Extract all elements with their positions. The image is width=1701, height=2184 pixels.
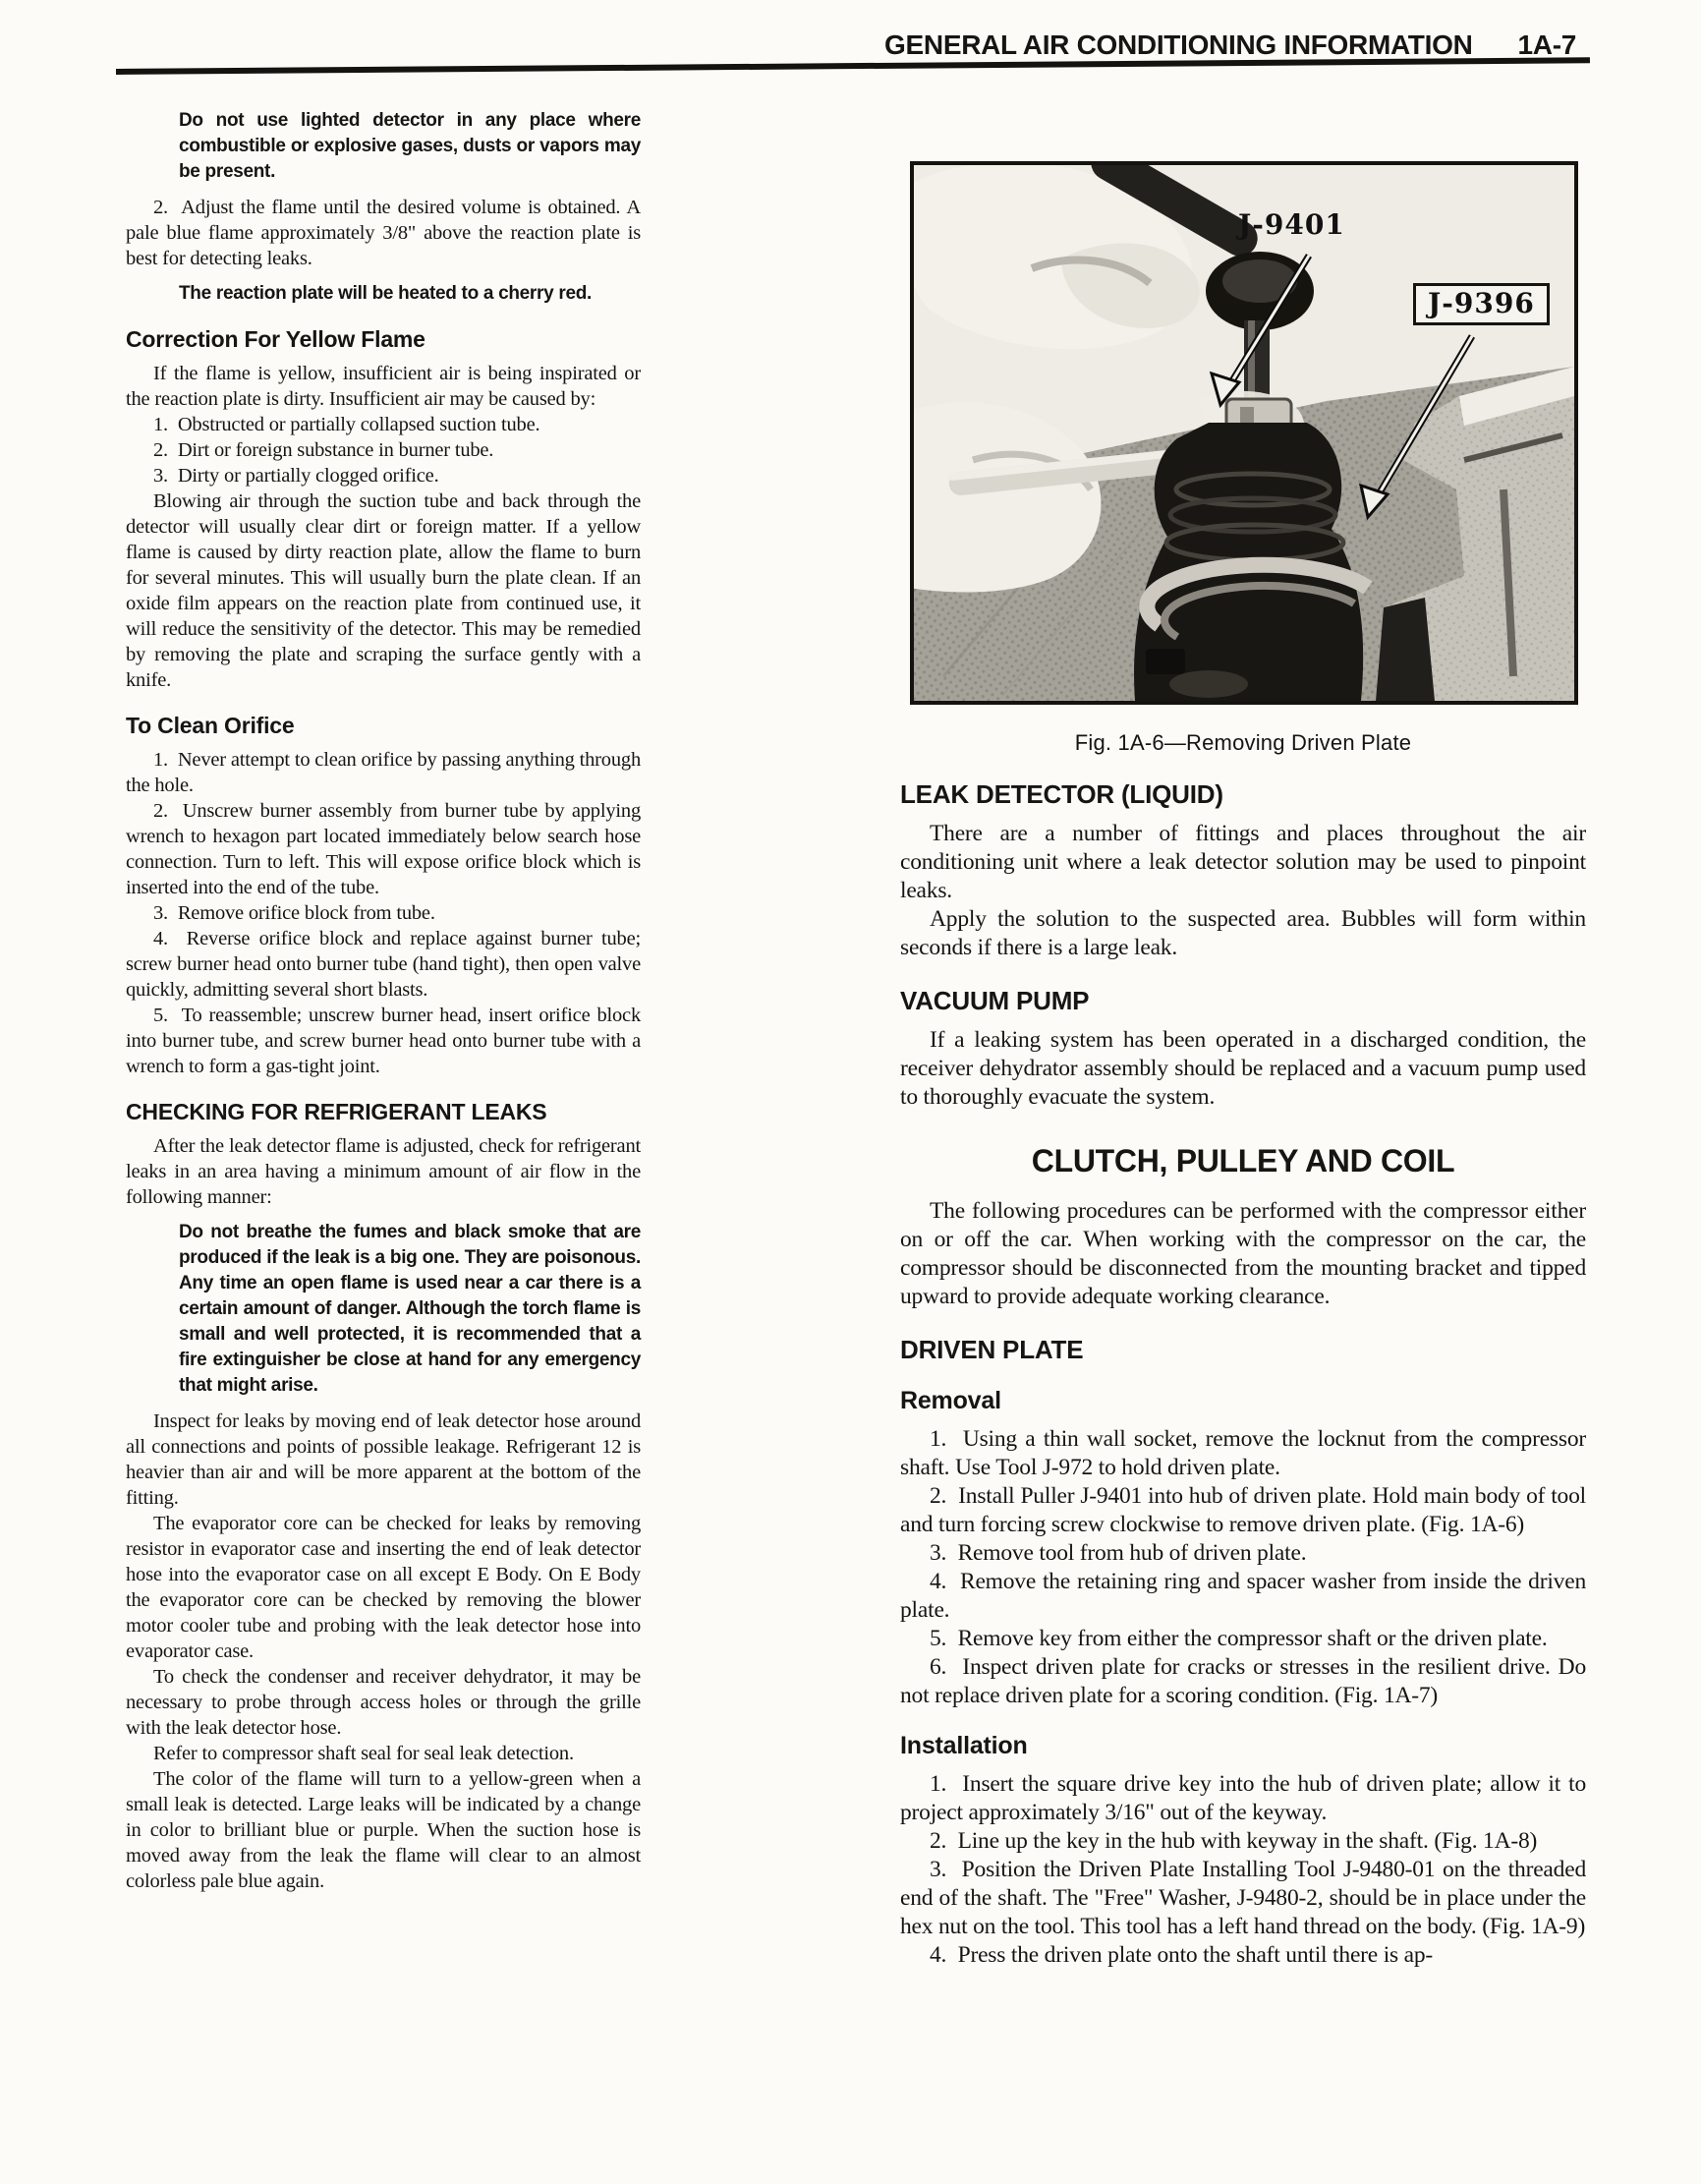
para-flame-color: The color of the flame will turn to a ye…: [126, 1766, 641, 1894]
para-evaporator-core: The evaporator core can be checked for l…: [126, 1511, 641, 1664]
heading-correction-yellow-flame: Correction For Yellow Flame: [126, 326, 641, 353]
installation-step-3: 3. Position the Driven Plate Installing …: [900, 1856, 1586, 1941]
heading-checking-refrigerant-leaks: CHECKING FOR REFRIGERANT LEAKS: [126, 1099, 641, 1125]
para-apply-solution: Apply the solution to the suspected area…: [900, 905, 1586, 962]
cause-item-2: 2. Dirt or foreign substance in burner t…: [126, 437, 641, 463]
heading-installation: Installation: [900, 1732, 1586, 1760]
figure-caption: Fig. 1A-6—Removing Driven Plate: [900, 730, 1586, 756]
figure-1a6: J-9401 J-9396: [910, 161, 1578, 705]
warning-note-fumes: Do not breathe the fumes and black smoke…: [179, 1220, 641, 1399]
para-refer-shaft-seal: Refer to compressor shaft seal for seal …: [126, 1741, 641, 1766]
para-yellow-flame-intro: If the flame is yellow, insufficient air…: [126, 361, 641, 412]
para-condenser-check: To check the condenser and receiver dehy…: [126, 1664, 641, 1741]
heading-removal: Removal: [900, 1387, 1586, 1415]
heading-vacuum-pump: VACUUM PUMP: [900, 986, 1586, 1016]
para-inspect-leaks: Inspect for leaks by moving end of leak …: [126, 1408, 641, 1511]
compressor-photo-illustration: [914, 165, 1574, 701]
orifice-step-4: 4. Reverse orifice block and replace aga…: [126, 926, 641, 1003]
page-number: 1A-7: [1518, 29, 1577, 61]
removal-step-6: 6. Inspect driven plate for cracks or st…: [900, 1653, 1586, 1710]
removal-step-4: 4. Remove the retaining ring and spacer …: [900, 1568, 1586, 1625]
removal-step-2: 2. Install Puller J-9401 into hub of dri…: [900, 1482, 1586, 1539]
removal-step-1: 1. Using a thin wall socket, remove the …: [900, 1425, 1586, 1482]
para-blowing-air: Blowing air through the suction tube and…: [126, 489, 641, 693]
para-adjust-flame: 2. Adjust the flame until the desired vo…: [126, 195, 641, 271]
heading-clutch-pulley-coil: CLUTCH, PULLEY AND COIL: [900, 1143, 1586, 1179]
manual-page: GENERAL AIR CONDITIONING INFORMATION 1A-…: [0, 0, 1701, 2184]
para-clutch-intro: The following procedures can be performe…: [900, 1197, 1586, 1311]
removal-step-5: 5. Remove key from either the compressor…: [900, 1625, 1586, 1653]
installation-step-2: 2. Line up the key in the hub with keywa…: [900, 1827, 1586, 1856]
note-reaction-plate: The reaction plate will be heated to a c…: [179, 281, 641, 307]
heading-to-clean-orifice: To Clean Orifice: [126, 713, 641, 739]
heading-leak-detector-liquid: LEAK DETECTOR (LIQUID): [900, 779, 1586, 810]
para-vacuum-pump: If a leaking system has been operated in…: [900, 1026, 1586, 1112]
header-title: GENERAL AIR CONDITIONING INFORMATION: [884, 29, 1472, 61]
warning-note-detector: Do not use lighted detector in any place…: [179, 108, 641, 185]
tool-label-j9401: J-9401: [1238, 208, 1345, 241]
cause-item-1: 1. Obstructed or partially collapsed suc…: [126, 412, 641, 437]
installation-step-1: 1. Insert the square drive key into the …: [900, 1770, 1586, 1827]
para-fittings: There are a number of fittings and place…: [900, 820, 1586, 905]
removal-step-3: 3. Remove tool from hub of driven plate.: [900, 1539, 1586, 1568]
orifice-step-1: 1. Never attempt to clean orifice by pas…: [126, 747, 641, 798]
orifice-step-3: 3. Remove orifice block from tube.: [126, 900, 641, 926]
orifice-step-5: 5. To reassemble; unscrew burner head, i…: [126, 1003, 641, 1079]
page-header: GENERAL AIR CONDITIONING INFORMATION 1A-…: [0, 29, 1576, 61]
right-column: J-9401 J-9396 Fig. 1A-6—Removing Driven …: [900, 161, 1586, 1970]
orifice-step-2: 2. Unscrew burner assembly from burner t…: [126, 798, 641, 900]
cause-item-3: 3. Dirty or partially clogged orifice.: [126, 463, 641, 489]
left-column: Do not use lighted detector in any place…: [126, 98, 641, 1894]
para-after-flame-adjusted: After the leak detector flame is adjuste…: [126, 1133, 641, 1210]
tool-label-j9396: J-9396: [1413, 283, 1550, 325]
heading-driven-plate: DRIVEN PLATE: [900, 1335, 1586, 1365]
installation-step-4: 4. Press the driven plate onto the shaft…: [900, 1941, 1586, 1970]
